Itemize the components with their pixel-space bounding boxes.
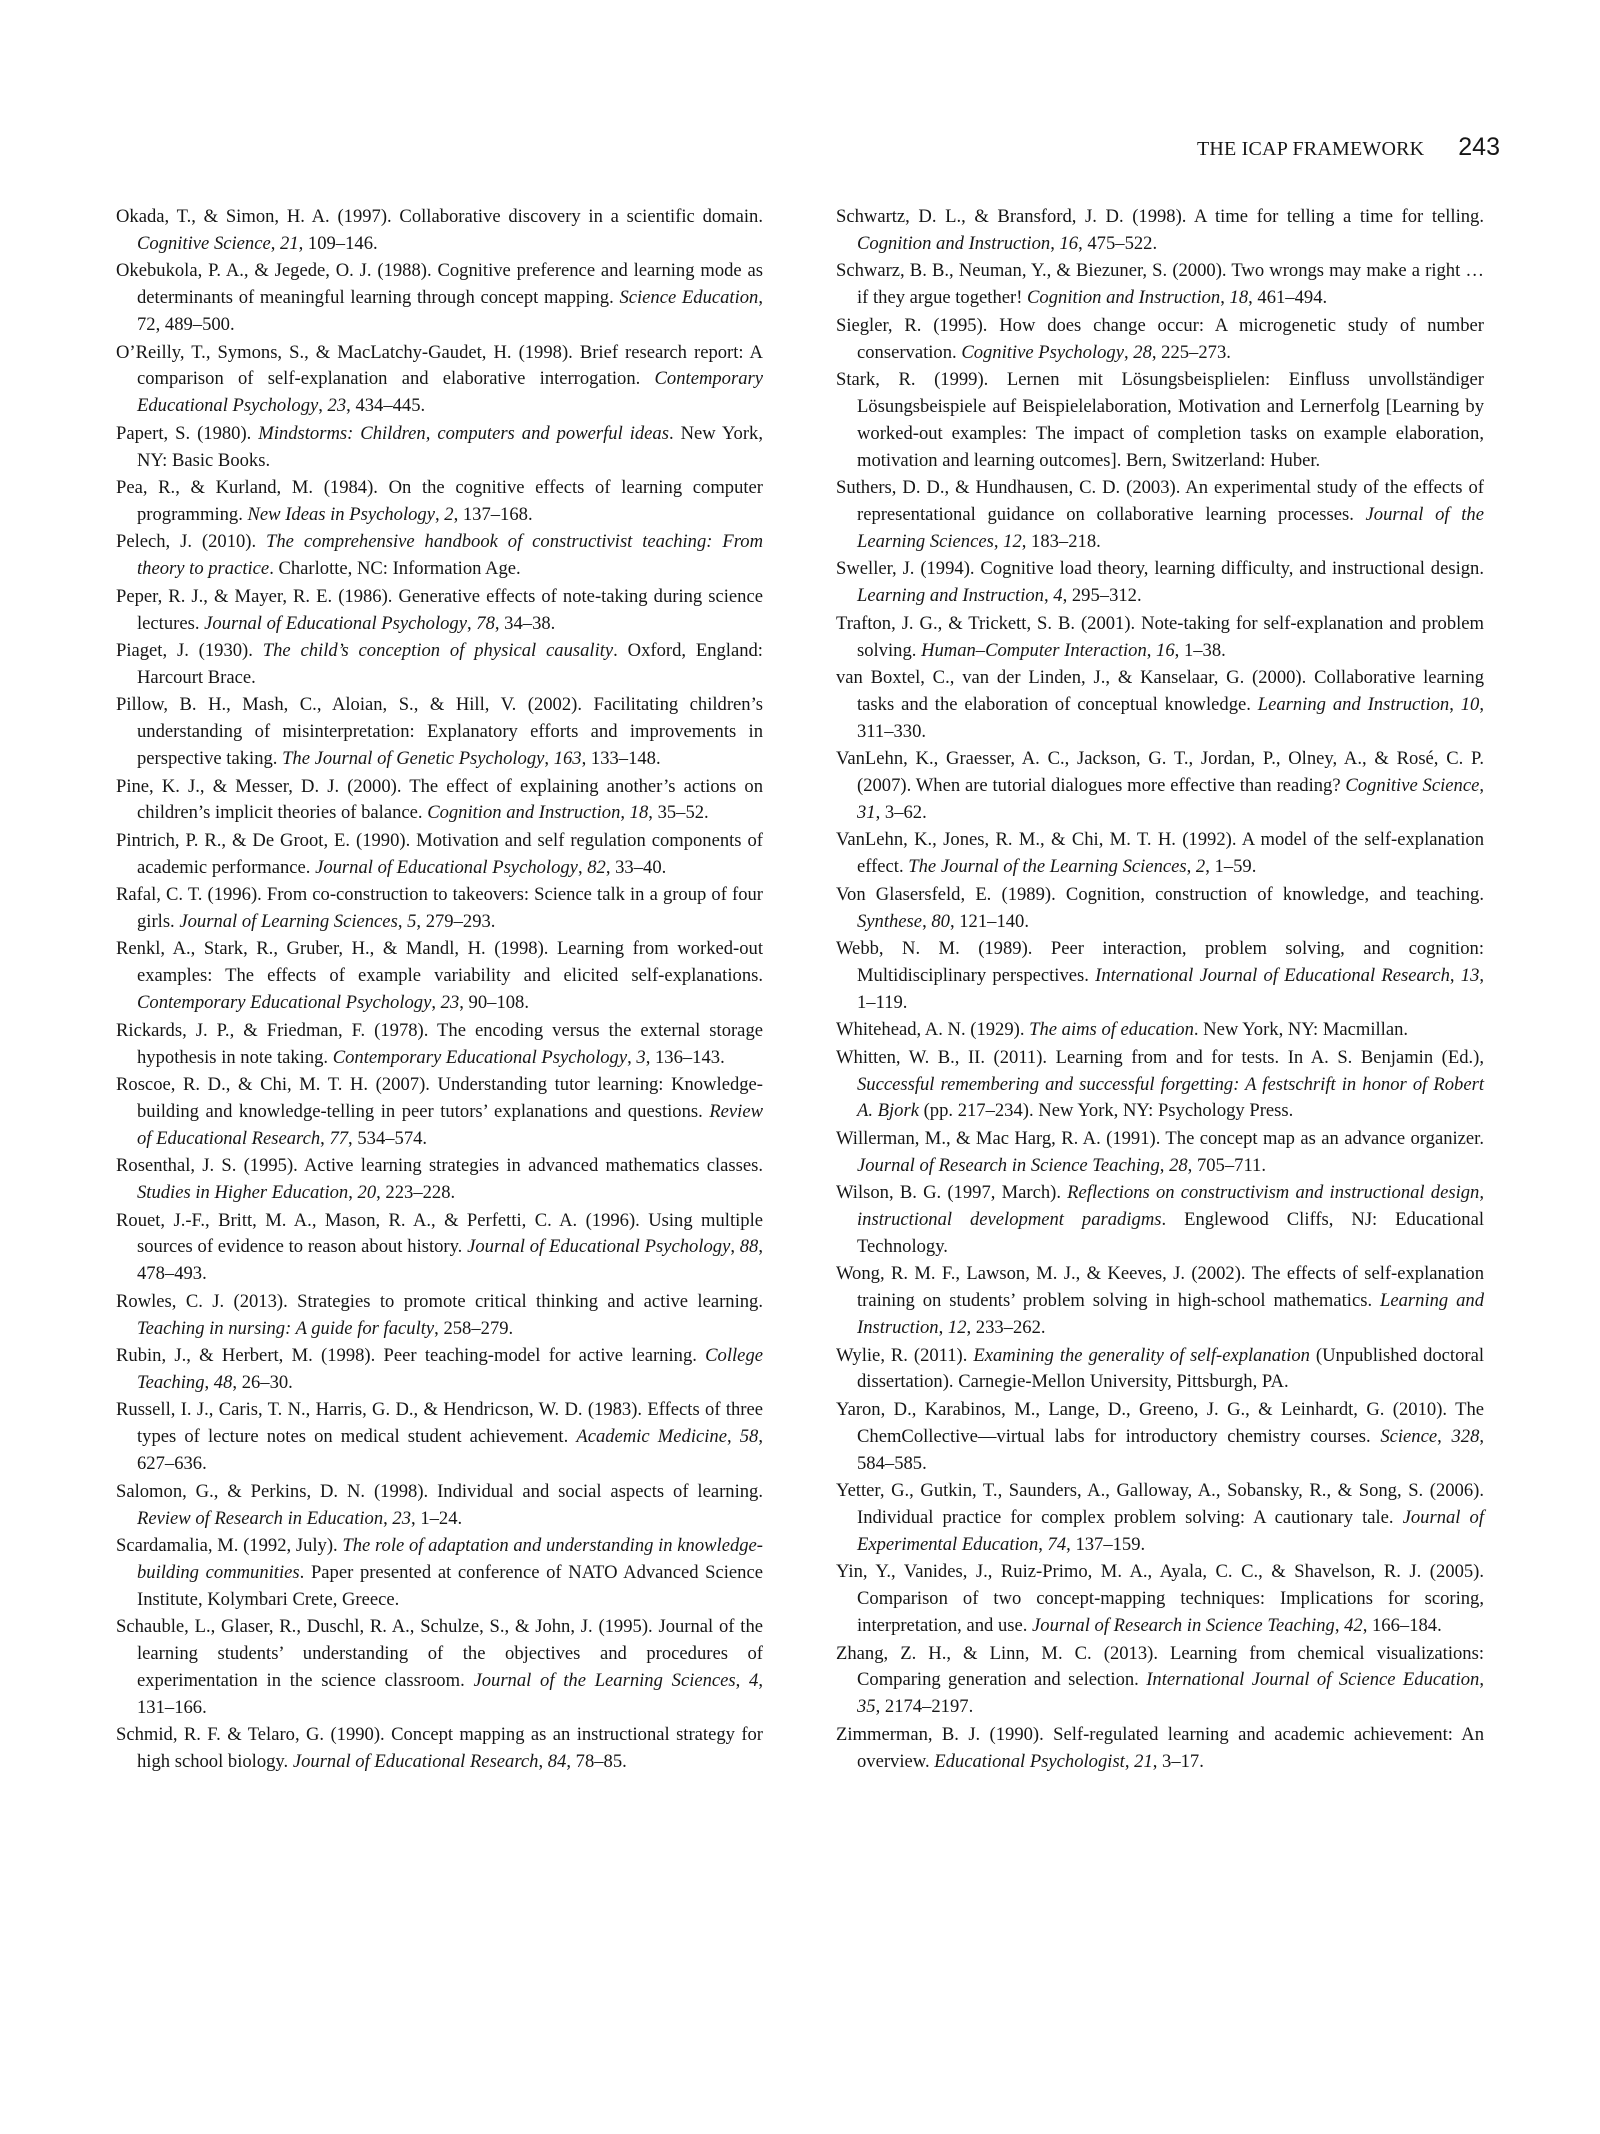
reference-entry: Wong, R. M. F., Lawson, M. J., & Keeves,… xyxy=(836,1261,1484,1342)
reference-entry: Peper, R. J., & Mayer, R. E. (1986). Gen… xyxy=(116,584,763,638)
reference-italic-segment: Journal of the Learning Sciences xyxy=(473,1670,735,1691)
reference-text-segment: , 233–262. xyxy=(967,1317,1046,1338)
reference-text-segment: , xyxy=(1187,856,1196,877)
reference-text-segment: , 258–279. xyxy=(434,1318,513,1339)
reference-entry: Roscoe, R. D., & Chi, M. T. H. (2007). U… xyxy=(116,1072,763,1153)
reference-entry: Webb, N. M. (1989). Peer interaction, pr… xyxy=(836,936,1484,1017)
reference-text-segment: Papert, S. (1980). xyxy=(116,423,258,444)
reference-italic-segment: 2 xyxy=(444,504,453,525)
reference-text-segment: , xyxy=(1125,1751,1134,1772)
reference-entry: Yin, Y., Vanides, J., Ruiz-Primo, M. A.,… xyxy=(836,1559,1484,1640)
reference-text-segment: Rosenthal, J. S. (1995). Active learning… xyxy=(116,1155,763,1176)
reference-text-segment: , 3–17. xyxy=(1153,1751,1204,1772)
reference-text-segment: , xyxy=(1437,1426,1451,1447)
reference-text-segment: Yetter, G., Gutkin, T., Saunders, A., Ga… xyxy=(836,1480,1484,1528)
reference-text-segment: , 295–312. xyxy=(1063,585,1142,606)
reference-text-segment: , 26–30. xyxy=(232,1372,292,1393)
reference-entry: Von Glasersfeld, E. (1989). Cognition, c… xyxy=(836,882,1484,936)
reference-italic-segment: The aims of education xyxy=(1029,1019,1194,1040)
reference-text-segment: , 90–108. xyxy=(459,992,529,1013)
reference-text-segment: , xyxy=(627,1047,636,1068)
reference-text-segment: , xyxy=(271,233,280,254)
reference-italic-segment: 10 xyxy=(1461,694,1480,715)
reference-entry: Schmid, R. F. & Telaro, G. (1990). Conce… xyxy=(116,1722,763,1776)
reference-italic-segment: 328 xyxy=(1451,1426,1479,1447)
reference-italic-segment: Cognitive Science xyxy=(1345,775,1479,796)
reference-italic-segment: 2 xyxy=(1196,856,1205,877)
reference-entry: Okebukola, P. A., & Jegede, O. J. (1988)… xyxy=(116,258,763,339)
reference-text-segment: , xyxy=(736,1670,749,1691)
reference-text-segment: , 33–40. xyxy=(606,857,666,878)
reference-entry: Rubin, J., & Herbert, M. (1998). Peer te… xyxy=(116,1343,763,1397)
reference-entry: VanLehn, K., Jones, R. M., & Chi, M. T. … xyxy=(836,827,1484,881)
reference-entry: Willerman, M., & Mac Harg, R. A. (1991).… xyxy=(836,1126,1484,1180)
reference-text-segment: , 109–146. xyxy=(299,233,378,254)
reference-text-segment: Piaget, J. (1930). xyxy=(116,640,263,661)
reference-text-segment: . Charlotte, NC: Information Age. xyxy=(269,558,521,579)
reference-entry: Schauble, L., Glaser, R., Duschl, R. A.,… xyxy=(116,1614,763,1722)
reference-entry: Yaron, D., Karabinos, M., Lange, D., Gre… xyxy=(836,1397,1484,1478)
reference-text-segment: , 279–293. xyxy=(416,911,495,932)
reference-text-segment: , xyxy=(398,911,407,932)
reference-text-segment: , xyxy=(922,911,931,932)
reference-italic-segment: Academic Medicine xyxy=(576,1426,727,1447)
reference-text-segment: , xyxy=(538,1751,547,1772)
reference-italic-segment: Cognitive Science xyxy=(137,233,271,254)
reference-italic-segment: 82 xyxy=(587,857,606,878)
reference-text-segment: , 3–62. xyxy=(876,802,927,823)
reference-text-segment: Stark, R. (1999). Lernen mit Lösungsbeis… xyxy=(836,369,1484,471)
reference-entry: Renkl, A., Stark, R., Gruber, H., & Mand… xyxy=(116,936,763,1017)
reference-text-segment: Scardamalia, M. (1992, July). xyxy=(116,1535,342,1556)
reference-entry: Whitehead, A. N. (1929). The aims of edu… xyxy=(836,1017,1484,1044)
reference-text-segment: , xyxy=(1044,585,1053,606)
reference-italic-segment: 23 xyxy=(441,992,460,1013)
reference-text-segment: , xyxy=(435,504,444,525)
reference-text-segment: , 136–143. xyxy=(646,1047,725,1068)
reference-italic-segment: The Journal of Genetic Psychology xyxy=(282,748,544,769)
reference-italic-segment: 48 xyxy=(214,1372,233,1393)
reference-italic-segment: 84 xyxy=(548,1751,567,1772)
reference-italic-segment: Contemporary Educational Psychology xyxy=(137,992,431,1013)
reference-italic-segment: The Journal of the Learning Sciences xyxy=(908,856,1186,877)
reference-text-segment: , 2174–2197. xyxy=(876,1696,974,1717)
reference-text-segment: Wilson, B. G. (1997, March). xyxy=(836,1182,1067,1203)
reference-italic-segment: 74 xyxy=(1048,1534,1067,1555)
reference-italic-segment: 58 xyxy=(740,1426,759,1447)
reference-text-segment: , 137–168. xyxy=(454,504,533,525)
reference-text-segment: Sweller, J. (1994). Cognitive load theor… xyxy=(836,558,1484,579)
reference-text-segment: (pp. 217–234). New York, NY: Psychology … xyxy=(919,1100,1293,1121)
reference-italic-segment: 31 xyxy=(857,802,876,823)
reference-entry: Pine, K. J., & Messer, D. J. (2000). The… xyxy=(116,774,763,828)
reference-text-segment: , 183–218. xyxy=(1022,531,1101,552)
reference-text-segment: , xyxy=(1038,1534,1047,1555)
reference-entry: Schwartz, D. L., & Bransford, J. D. (199… xyxy=(836,204,1484,258)
reference-italic-segment: 42 xyxy=(1344,1615,1363,1636)
running-title: THE ICAP FRAMEWORK xyxy=(1197,138,1424,161)
reference-italic-segment: Science Education xyxy=(619,287,758,308)
reference-italic-segment: New Ideas in Psychology xyxy=(248,504,435,525)
reference-italic-segment: Journal of Learning Sciences xyxy=(179,911,397,932)
reference-text-segment: , 475–522. xyxy=(1078,233,1157,254)
reference-italic-segment: Contemporary Educational Psychol­ogy xyxy=(333,1047,627,1068)
reference-text-segment: , 1–38. xyxy=(1175,640,1226,661)
reference-text-segment: , 434–445. xyxy=(346,395,425,416)
reference-italic-segment: 23 xyxy=(328,395,347,416)
reference-italic-segment: 78 xyxy=(476,613,495,634)
reference-entry: Scardamalia, M. (1992, July). The role o… xyxy=(116,1533,763,1614)
reference-entry: Rafal, C. T. (1996). From co-constructio… xyxy=(116,882,763,936)
reference-entry: Pea, R., & Kurland, M. (1984). On the co… xyxy=(116,475,763,529)
reference-italic-segment: 28 xyxy=(1133,342,1152,363)
reference-entry: Schwarz, B. B., Neuman, Y., & Biezuner, … xyxy=(836,258,1484,312)
reference-text-segment: , xyxy=(727,1426,740,1447)
reference-entry: Yetter, G., Gutkin, T., Saunders, A., Ga… xyxy=(836,1478,1484,1559)
reference-text-segment: Renkl, A., Stark, R., Gruber, H., & Mand… xyxy=(116,938,763,986)
reference-italic-segment: Educational Psychologist xyxy=(934,1751,1125,1772)
reference-entry: Salomon, G., & Perkins, D. N. (1998). In… xyxy=(116,1479,763,1533)
reference-entry: Papert, S. (1980). Mindstorms: Children,… xyxy=(116,421,763,475)
reference-entry: Rouet, J.-F., Britt, M. A., Mason, R. A.… xyxy=(116,1208,763,1289)
reference-entry: VanLehn, K., Graesser, A. C., Jackson, G… xyxy=(836,746,1484,827)
reference-entry: Rowles, C. J. (2013). Strategies to prom… xyxy=(116,1289,763,1343)
reference-entry: Pillow, B. H., Mash, C., Aloian, S., & H… xyxy=(116,692,763,773)
reference-entry: Okada, T., & Simon, H. A. (1997). Collab… xyxy=(116,204,763,258)
reference-text-segment: , xyxy=(1479,1669,1484,1690)
reference-italic-segment: International Journal of Educational Res… xyxy=(1095,965,1450,986)
reference-italic-segment: Human–Computer Interaction xyxy=(921,640,1147,661)
reference-text-segment: . New York, NY: Macmillan. xyxy=(1194,1019,1408,1040)
reference-italic-segment: 23 xyxy=(392,1508,411,1529)
reference-entry: Sweller, J. (1994). Cognitive load theor… xyxy=(836,556,1484,610)
reference-italic-segment: 28 xyxy=(1169,1155,1188,1176)
reference-text-segment: , 461–494. xyxy=(1248,287,1327,308)
reference-text-segment: Salomon, G., & Perkins, D. N. (1998). In… xyxy=(116,1481,763,1502)
reference-italic-segment: 16 xyxy=(1156,640,1175,661)
reference-text-segment: , xyxy=(205,1372,214,1393)
reference-italic-segment: 80 xyxy=(931,911,950,932)
reference-text-segment: Schwartz, D. L., & Bransford, J. D. (199… xyxy=(836,206,1484,227)
page-number: 243 xyxy=(1458,133,1500,162)
reference-entry: Trafton, J. G., & Trickett, S. B. (2001)… xyxy=(836,611,1484,665)
reference-italic-segment: Teaching in nursing: A guide for faculty xyxy=(137,1318,434,1339)
reference-italic-segment: Cognition and Instruction xyxy=(857,233,1050,254)
reference-italic-segment: Learning and Instruction xyxy=(1258,694,1449,715)
reference-italic-segment: 4 xyxy=(1053,585,1062,606)
reference-text-segment: Rowles, C. J. (2013). Strategies to prom… xyxy=(116,1291,763,1312)
reference-italic-segment: 21 xyxy=(1134,1751,1153,1772)
reference-italic-segment: 18 xyxy=(630,802,649,823)
reference-text-segment: , 78–85. xyxy=(566,1751,626,1772)
reference-entry: Wylie, R. (2011). Examining the generali… xyxy=(836,1343,1484,1397)
reference-entry: Siegler, R. (1995). How does change occu… xyxy=(836,313,1484,367)
reference-italic-segment: 12 xyxy=(1003,531,1022,552)
reference-italic-segment: Journal of Educational Psychology xyxy=(204,613,467,634)
reference-italic-segment: 20 xyxy=(358,1182,377,1203)
reference-text-segment: Wylie, R. (2011). xyxy=(836,1345,973,1366)
reference-text-segment: , 534–574. xyxy=(348,1128,427,1149)
reference-text-segment: Willerman, M., & Mac Harg, R. A. (1991).… xyxy=(836,1128,1484,1149)
reference-text-segment: , 225–273. xyxy=(1152,342,1231,363)
reference-text-segment: , xyxy=(431,992,440,1013)
reference-text-segment: , xyxy=(939,1317,948,1338)
reference-italic-segment: 88 xyxy=(740,1236,759,1257)
reference-italic-segment: Journal of Educational Psychology xyxy=(315,857,578,878)
reference-entry: Zhang, Z. H., & Linn, M. C. (2013). Lear… xyxy=(836,1641,1484,1722)
reference-italic-segment: International Journal of Sci­ence Educat… xyxy=(1146,1669,1479,1690)
reference-text-segment: , 34–38. xyxy=(495,613,555,634)
reference-text-segment: Von Glasersfeld, E. (1989). Cognition, c… xyxy=(836,884,1484,905)
reference-text-segment: , 133–148. xyxy=(582,748,661,769)
reference-entry: van Boxtel, C., van der Linden, J., & Ka… xyxy=(836,665,1484,746)
reference-italic-segment: 35 xyxy=(857,1696,876,1717)
reference-text-segment: Whitten, W. B., II. (2011). Learning fro… xyxy=(836,1047,1484,1068)
reference-entry: Zimmerman, B. J. (1990). Self-regulated … xyxy=(836,1722,1484,1776)
reference-italic-segment: 5 xyxy=(407,911,416,932)
reference-text-segment: , xyxy=(1160,1155,1169,1176)
reference-text-segment: , xyxy=(1450,965,1461,986)
reference-text-segment: , xyxy=(1479,775,1484,796)
reference-text-segment: , xyxy=(1449,694,1461,715)
reference-text-segment: , xyxy=(1147,640,1156,661)
reference-italic-segment: 21 xyxy=(280,233,299,254)
reference-italic-segment: Cognition and Instruction xyxy=(1027,287,1220,308)
reference-text-segment: , 35–52. xyxy=(648,802,708,823)
references-column-left: Okada, T., & Simon, H. A. (1997). Collab… xyxy=(116,204,763,1777)
reference-italic-segment: 163 xyxy=(554,748,582,769)
reference-text-segment: , 223–228. xyxy=(376,1182,455,1203)
reference-entry: Rickards, J. P., & Friedman, F. (1978). … xyxy=(116,1018,763,1072)
reference-text-segment: , 121–140. xyxy=(950,911,1029,932)
running-head: THE ICAP FRAMEWORK 243 xyxy=(1197,133,1500,173)
reference-text-segment: , xyxy=(994,531,1003,552)
reference-italic-segment: Journal of Research in Science Teaching xyxy=(857,1155,1160,1176)
reference-italic-segment: Learning and Instruction xyxy=(857,585,1044,606)
reference-entry: Piaget, J. (1930). The child’s conceptio… xyxy=(116,638,763,692)
reference-text-segment: , xyxy=(1124,342,1133,363)
reference-text-segment: Okada, T., & Simon, H. A. (1997). Collab… xyxy=(116,206,763,227)
reference-italic-segment: 4 xyxy=(749,1670,758,1691)
reference-text-segment: , xyxy=(348,1182,357,1203)
reference-text-segment: , xyxy=(318,395,327,416)
reference-italic-segment: Science xyxy=(1380,1426,1437,1447)
reference-italic-segment: Examining the generality of self-explana… xyxy=(973,1345,1310,1366)
reference-italic-segment: 3 xyxy=(636,1047,645,1068)
reference-text-segment: , 705–711. xyxy=(1188,1155,1266,1176)
reference-italic-segment: Review of Research in Education xyxy=(137,1508,383,1529)
reference-text-segment: Whitehead, A. N. (1929). xyxy=(836,1019,1029,1040)
reference-entry: Stark, R. (1999). Lernen mit Lösungsbeis… xyxy=(836,367,1484,475)
references-column-right: Schwartz, D. L., & Bransford, J. D. (199… xyxy=(836,204,1484,1776)
reference-text-segment: , 137–159. xyxy=(1066,1534,1145,1555)
reference-italic-segment: Journal of Research in Science Teaching xyxy=(1032,1615,1335,1636)
reference-italic-segment: 12 xyxy=(948,1317,967,1338)
reference-text-segment: , xyxy=(1335,1615,1344,1636)
reference-italic-segment: 77 xyxy=(329,1128,348,1149)
reference-text-segment: , xyxy=(467,613,476,634)
reference-text-segment: Roscoe, R. D., & Chi, M. T. H. (2007). U… xyxy=(116,1074,763,1122)
reference-italic-segment: Journal of Educational Research xyxy=(293,1751,539,1772)
reference-entry: Russell, I. J., Caris, T. N., Harris, G.… xyxy=(116,1397,763,1478)
reference-text-segment: , xyxy=(620,802,629,823)
reference-italic-segment: 13 xyxy=(1461,965,1480,986)
reference-entry: O’Reilly, T., Symons, S., & MacLatchy-Ga… xyxy=(116,340,763,421)
reference-text-segment: , xyxy=(1220,287,1229,308)
reference-italic-segment: Mindstorms: Children, computers and powe… xyxy=(258,423,669,444)
reference-italic-segment: Journal of Educa­tional Psychology xyxy=(467,1236,730,1257)
reference-italic-segment: Synthese xyxy=(857,911,922,932)
reference-text-segment: , xyxy=(544,748,553,769)
reference-text-segment: , 166–184. xyxy=(1363,1615,1442,1636)
reference-text-segment: Pelech, J. (2010). xyxy=(116,531,266,552)
reference-italic-segment: 16 xyxy=(1059,233,1078,254)
reference-entry: Whitten, W. B., II. (2011). Learning fro… xyxy=(836,1045,1484,1126)
reference-italic-segment: Cognition and Instruc­tion xyxy=(427,802,620,823)
reference-italic-segment: Studies in Higher Education xyxy=(137,1182,348,1203)
reference-entry: Suthers, D. D., & Hundhausen, C. D. (200… xyxy=(836,475,1484,556)
reference-italic-segment: Cognitive Psychology xyxy=(961,342,1124,363)
reference-text-segment: Rubin, J., & Herbert, M. (1998). Peer te… xyxy=(116,1345,705,1366)
reference-entry: Pintrich, P. R., & De Groot, E. (1990). … xyxy=(116,828,763,882)
reference-entry: Rosenthal, J. S. (1995). Active learning… xyxy=(116,1153,763,1207)
reference-italic-segment: The child’s conception of physical causa… xyxy=(263,640,613,661)
reference-text-segment: , xyxy=(730,1236,739,1257)
reference-entry: Pelech, J. (2010). The comprehensive han… xyxy=(116,529,763,583)
reference-italic-segment: 18 xyxy=(1230,287,1249,308)
reference-text-segment: , 1–59. xyxy=(1205,856,1256,877)
reference-text-segment: , xyxy=(578,857,587,878)
reference-text-segment: , 1–24. xyxy=(411,1508,462,1529)
reference-entry: Wilson, B. G. (1997, March). Reflections… xyxy=(836,1180,1484,1261)
